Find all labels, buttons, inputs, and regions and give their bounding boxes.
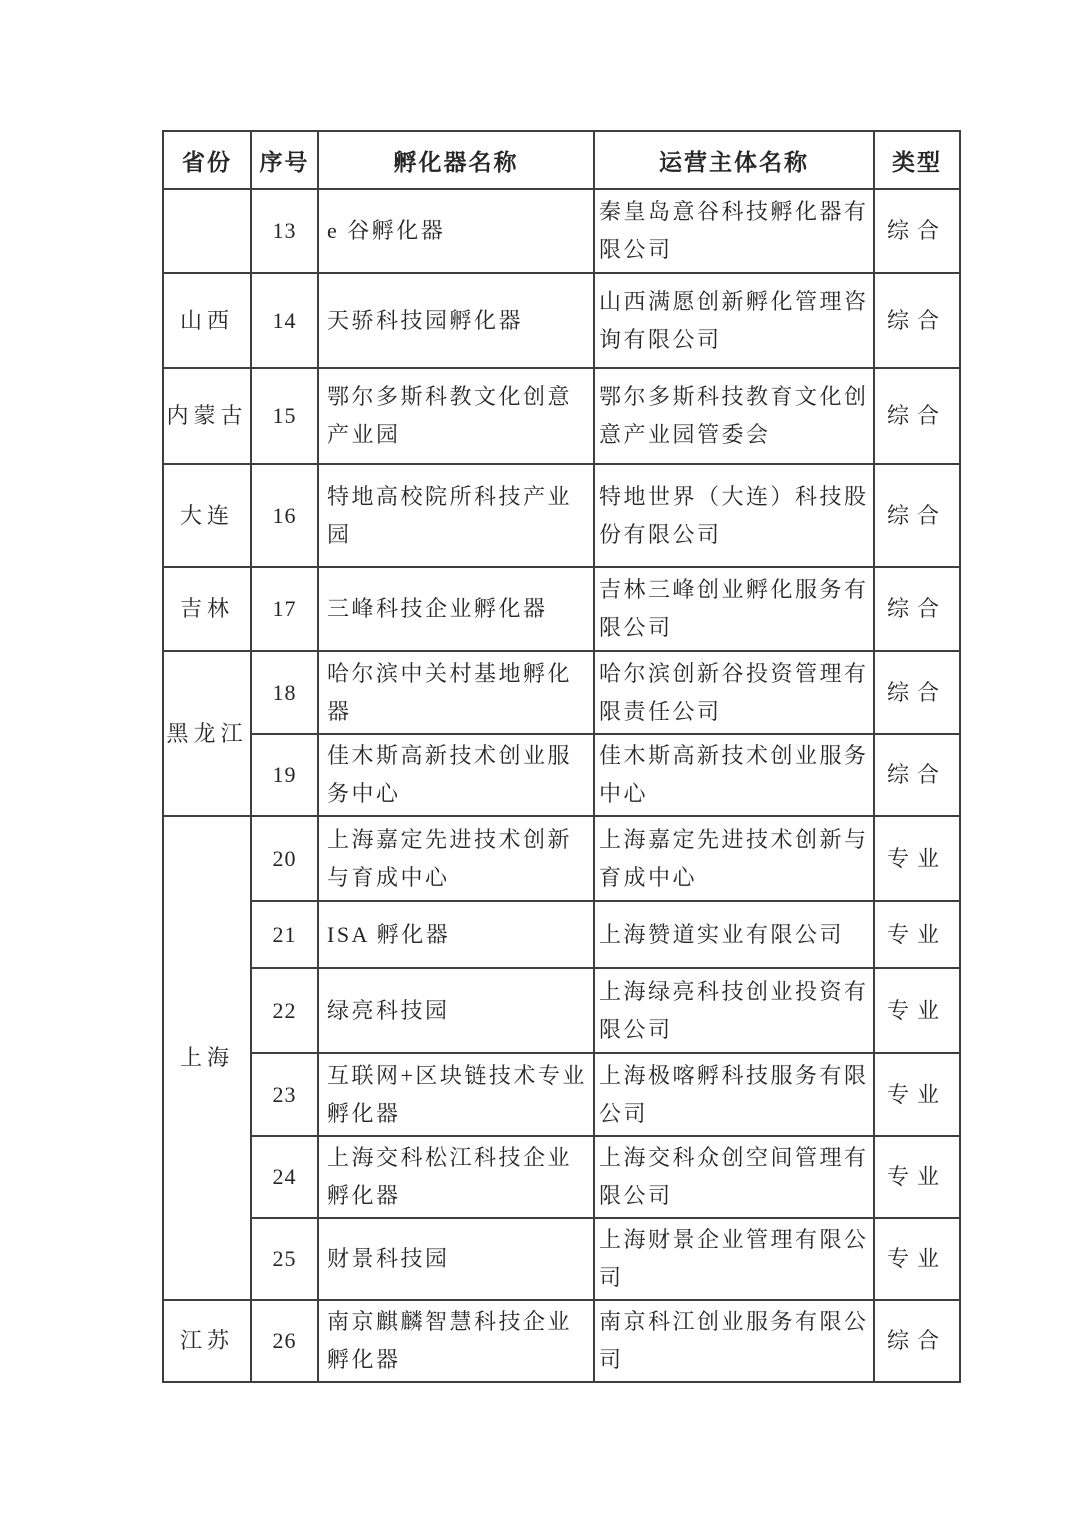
cell-province: 内蒙古 bbox=[163, 368, 251, 464]
cell-operator: 上海赞道实业有限公司 bbox=[594, 901, 874, 968]
cell-type: 综合 bbox=[874, 368, 960, 464]
table-row: 22 绿亮科技园 上海绿亮科技创业投资有限公司 专业 bbox=[163, 968, 960, 1053]
cell-incubator: 上海交科松江科技企业孵化器 bbox=[318, 1136, 594, 1218]
cell-serial-no: 15 bbox=[251, 368, 318, 464]
cell-incubator: 财景科技园 bbox=[318, 1218, 594, 1300]
cell-operator: 南京科江创业服务有限公司 bbox=[594, 1300, 874, 1382]
cell-serial-no: 24 bbox=[251, 1136, 318, 1218]
cell-type: 专业 bbox=[874, 1218, 960, 1300]
cell-incubator: 鄂尔多斯科教文化创意产业园 bbox=[318, 368, 594, 464]
cell-serial-no: 25 bbox=[251, 1218, 318, 1300]
table-row: 13 e 谷孵化器 秦皇岛意谷科技孵化器有限公司 综合 bbox=[163, 189, 960, 273]
cell-operator: 吉林三峰创业孵化服务有限公司 bbox=[594, 567, 874, 651]
incubator-table: 省份 序号 孵化器名称 运营主体名称 类型 13 e 谷孵化器 秦皇岛意谷科技孵… bbox=[162, 130, 961, 1383]
table-row: 山西 14 天骄科技园孵化器 山西满愿创新孵化管理咨询有限公司 综合 bbox=[163, 273, 960, 368]
cell-incubator: 南京麒麟智慧科技企业孵化器 bbox=[318, 1300, 594, 1382]
cell-serial-no: 14 bbox=[251, 273, 318, 368]
header-operator-name: 运营主体名称 bbox=[594, 131, 874, 189]
cell-type: 综合 bbox=[874, 1300, 960, 1382]
cell-province: 大连 bbox=[163, 464, 251, 567]
cell-operator: 上海财景企业管理有限公司 bbox=[594, 1218, 874, 1300]
cell-operator: 鄂尔多斯科技教育文化创意产业园管委会 bbox=[594, 368, 874, 464]
header-incubator-name: 孵化器名称 bbox=[318, 131, 594, 189]
cell-serial-no: 20 bbox=[251, 816, 318, 901]
header-row: 省份 序号 孵化器名称 运营主体名称 类型 bbox=[163, 131, 960, 189]
cell-operator: 山西满愿创新孵化管理咨询有限公司 bbox=[594, 273, 874, 368]
cell-type: 综合 bbox=[874, 273, 960, 368]
cell-serial-no: 17 bbox=[251, 567, 318, 651]
cell-province: 黑龙江 bbox=[163, 651, 251, 816]
cell-serial-no: 26 bbox=[251, 1300, 318, 1382]
cell-serial-no: 16 bbox=[251, 464, 318, 567]
cell-type: 专业 bbox=[874, 816, 960, 901]
cell-incubator: 特地高校院所科技产业园 bbox=[318, 464, 594, 567]
cell-type: 专业 bbox=[874, 1136, 960, 1218]
cell-incubator: 绿亮科技园 bbox=[318, 968, 594, 1053]
table-row: 大连 16 特地高校院所科技产业园 特地世界（大连）科技股份有限公司 综合 bbox=[163, 464, 960, 567]
cell-type: 专业 bbox=[874, 1053, 960, 1136]
cell-serial-no: 13 bbox=[251, 189, 318, 273]
cell-type: 综合 bbox=[874, 567, 960, 651]
cell-province: 江苏 bbox=[163, 1300, 251, 1382]
cell-operator: 上海嘉定先进技术创新与育成中心 bbox=[594, 816, 874, 901]
cell-serial-no: 21 bbox=[251, 901, 318, 968]
cell-incubator: ISA 孵化器 bbox=[318, 901, 594, 968]
table-row: 吉林 17 三峰科技企业孵化器 吉林三峰创业孵化服务有限公司 综合 bbox=[163, 567, 960, 651]
cell-incubator: 天骄科技园孵化器 bbox=[318, 273, 594, 368]
table-row: 23 互联网+区块链技术专业孵化器 上海极喀孵科技服务有限公司 专业 bbox=[163, 1053, 960, 1136]
cell-incubator: 互联网+区块链技术专业孵化器 bbox=[318, 1053, 594, 1136]
cell-operator: 秦皇岛意谷科技孵化器有限公司 bbox=[594, 189, 874, 273]
cell-operator: 佳木斯高新技术创业服务中心 bbox=[594, 734, 874, 816]
cell-incubator: 三峰科技企业孵化器 bbox=[318, 567, 594, 651]
cell-province: 上海 bbox=[163, 816, 251, 1300]
cell-incubator: 佳木斯高新技术创业服务中心 bbox=[318, 734, 594, 816]
table-row: 21 ISA 孵化器 上海赞道实业有限公司 专业 bbox=[163, 901, 960, 968]
cell-type: 综合 bbox=[874, 464, 960, 567]
cell-province bbox=[163, 189, 251, 273]
document-page: 省份 序号 孵化器名称 运营主体名称 类型 13 e 谷孵化器 秦皇岛意谷科技孵… bbox=[0, 0, 1080, 1526]
cell-operator: 特地世界（大连）科技股份有限公司 bbox=[594, 464, 874, 567]
cell-incubator: e 谷孵化器 bbox=[318, 189, 594, 273]
table-row: 上海 20 上海嘉定先进技术创新与育成中心 上海嘉定先进技术创新与育成中心 专业 bbox=[163, 816, 960, 901]
table-row: 江苏 26 南京麒麟智慧科技企业孵化器 南京科江创业服务有限公司 综合 bbox=[163, 1300, 960, 1382]
cell-type: 专业 bbox=[874, 968, 960, 1053]
cell-province: 吉林 bbox=[163, 567, 251, 651]
header-type: 类型 bbox=[874, 131, 960, 189]
header-province: 省份 bbox=[163, 131, 251, 189]
cell-type: 综合 bbox=[874, 189, 960, 273]
table-row: 25 财景科技园 上海财景企业管理有限公司 专业 bbox=[163, 1218, 960, 1300]
cell-serial-no: 23 bbox=[251, 1053, 318, 1136]
cell-operator: 上海极喀孵科技服务有限公司 bbox=[594, 1053, 874, 1136]
cell-province: 山西 bbox=[163, 273, 251, 368]
cell-serial-no: 19 bbox=[251, 734, 318, 816]
cell-type: 综合 bbox=[874, 651, 960, 734]
cell-operator: 哈尔滨创新谷投资管理有限责任公司 bbox=[594, 651, 874, 734]
header-serial-no: 序号 bbox=[251, 131, 318, 189]
cell-operator: 上海绿亮科技创业投资有限公司 bbox=[594, 968, 874, 1053]
cell-incubator: 上海嘉定先进技术创新与育成中心 bbox=[318, 816, 594, 901]
cell-serial-no: 18 bbox=[251, 651, 318, 734]
cell-serial-no: 22 bbox=[251, 968, 318, 1053]
cell-incubator: 哈尔滨中关村基地孵化器 bbox=[318, 651, 594, 734]
table-row: 内蒙古 15 鄂尔多斯科教文化创意产业园 鄂尔多斯科技教育文化创意产业园管委会 … bbox=[163, 368, 960, 464]
table-row: 24 上海交科松江科技企业孵化器 上海交科众创空间管理有限公司 专业 bbox=[163, 1136, 960, 1218]
cell-operator: 上海交科众创空间管理有限公司 bbox=[594, 1136, 874, 1218]
table-row: 19 佳木斯高新技术创业服务中心 佳木斯高新技术创业服务中心 综合 bbox=[163, 734, 960, 816]
table-row: 黑龙江 18 哈尔滨中关村基地孵化器 哈尔滨创新谷投资管理有限责任公司 综合 bbox=[163, 651, 960, 734]
cell-type: 专业 bbox=[874, 901, 960, 968]
cell-type: 综合 bbox=[874, 734, 960, 816]
